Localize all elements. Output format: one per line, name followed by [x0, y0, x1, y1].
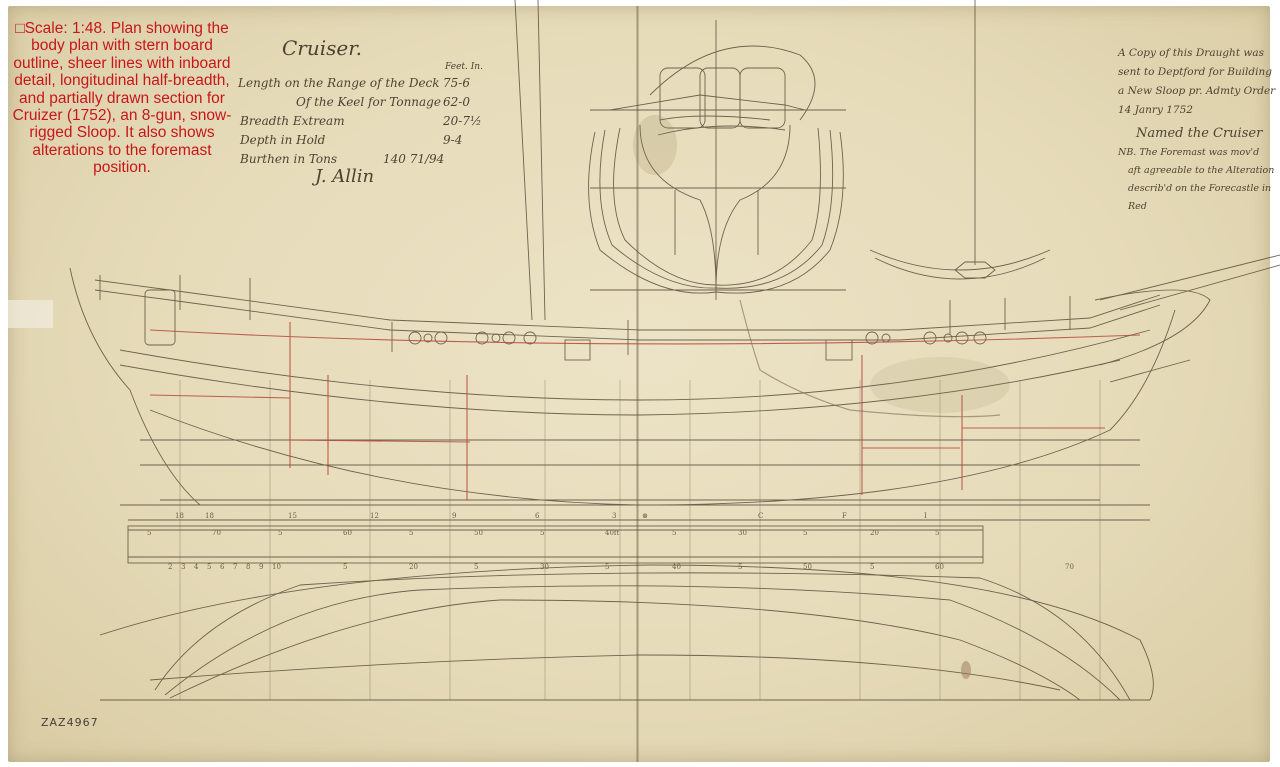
scale-top-number: 30	[738, 529, 747, 537]
scale-bottom-number: 7	[233, 563, 237, 571]
half-breadth-plan	[100, 565, 1153, 700]
nb-line: NB. The Foremast was mov'd	[1118, 145, 1278, 161]
station-mark: 18	[175, 512, 184, 520]
annotation-line: A Copy of this Draught was	[1118, 44, 1278, 63]
scale-top-number: 5	[935, 529, 939, 537]
scale-bottom-number: 5	[738, 563, 742, 571]
scale-top-number: 5	[803, 529, 807, 537]
scale-bottom-number: 5	[207, 563, 211, 571]
nb-line: Red	[1128, 199, 1278, 215]
station-mark: I	[924, 512, 927, 520]
scale-bottom-number: 60	[935, 563, 944, 571]
scale-top-number: 5	[672, 529, 676, 537]
scale-bar	[120, 505, 1150, 563]
spec-label: Burthen in Tons	[240, 152, 337, 166]
spec-value: 75-6	[443, 76, 470, 90]
annotation-line: sent to Deptford for Building	[1118, 63, 1278, 82]
nb-line: describ'd on the Forecastle in	[1128, 181, 1278, 197]
draught-annotation: A Copy of this Draught was sent to Deptf…	[1118, 44, 1278, 215]
scale-bottom-number: 20	[409, 563, 418, 571]
sheer-plan	[70, 255, 1280, 505]
scale-bottom-number: 5	[343, 563, 347, 571]
scale-top-number: 60	[343, 529, 352, 537]
water-stain	[633, 115, 677, 175]
scale-bottom-number: 3	[181, 563, 185, 571]
scale-top-number: 5	[409, 529, 413, 537]
scale-bottom-number: 30	[540, 563, 549, 571]
scale-bottom-number: 2	[168, 563, 172, 571]
spec-label: Of the Keel for Tonnage	[296, 95, 441, 109]
spec-value: 140 71/94	[383, 152, 444, 166]
station-mark: 9	[452, 512, 456, 520]
ink-spot	[961, 661, 971, 679]
catalog-number: ZAZ4967	[41, 716, 99, 729]
named-line: Named the Cruiser	[1136, 124, 1278, 143]
scale-top-number: 70	[212, 529, 221, 537]
station-mark: 15	[288, 512, 297, 520]
scale-top-number: 5	[278, 529, 282, 537]
scale-top-number: 40ft	[605, 529, 619, 537]
station-mark: F	[842, 512, 847, 520]
scale-bottom-number: 70	[1065, 563, 1074, 571]
scale-bottom-number: 6	[220, 563, 224, 571]
annotation-line: a New Sloop pr. Admty Order	[1118, 82, 1278, 101]
station-mark: ⊗	[642, 512, 648, 520]
scale-bottom-number: 5	[605, 563, 609, 571]
scale-top-number: 50	[474, 529, 483, 537]
scale-bottom-number: 40	[672, 563, 681, 571]
scale-bottom-number: 4	[194, 563, 198, 571]
nb-line: aft agreeable to the Alteration	[1128, 163, 1278, 179]
spec-label: Length on the Range of the Deck	[238, 76, 440, 90]
station-mark: 12	[370, 512, 379, 520]
station-mark: 18	[205, 512, 214, 520]
spec-label: Depth in Hold	[240, 133, 325, 147]
spec-value: 62-0	[443, 95, 470, 109]
foremast-alteration-red-lines	[150, 322, 1140, 500]
scale-top-number: 20	[870, 529, 879, 537]
scale-bottom-number: 9	[259, 563, 263, 571]
spec-label: Breadth Extream	[240, 114, 345, 128]
scale-bottom-number: 8	[246, 563, 250, 571]
water-stain	[870, 357, 1010, 413]
scale-bottom-number: 5	[474, 563, 478, 571]
deck-fittings	[100, 275, 1070, 360]
paper-patch	[8, 300, 53, 328]
scale-bottom-number: 10	[272, 563, 281, 571]
scale-bottom-number: 5	[870, 563, 874, 571]
station-mark: 3	[612, 512, 616, 520]
units-header: Feet. In.	[445, 62, 483, 72]
scale-bottom-number: 50	[803, 563, 812, 571]
scale-top-number: 5	[147, 529, 151, 537]
ship-name-title: Cruiser.	[282, 36, 362, 60]
scale-top-number: 5	[540, 529, 544, 537]
signature: J. Allin	[315, 166, 374, 187]
station-mark: C	[758, 512, 763, 520]
annotation-line: 14 Janry 1752	[1118, 101, 1278, 120]
body-plan	[515, 0, 1050, 320]
spec-value: 20-7½	[443, 114, 482, 128]
scale-caption: □Scale: 1:48. Plan showing the body plan…	[12, 20, 232, 177]
station-mark: 6	[535, 512, 539, 520]
spec-value: 9-4	[443, 133, 462, 147]
